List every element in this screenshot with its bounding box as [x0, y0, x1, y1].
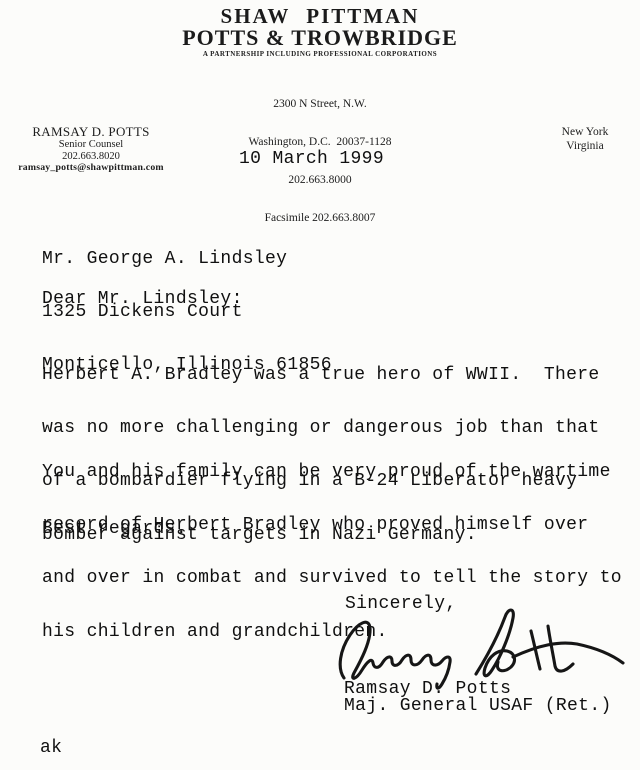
paragraph-line: and over in combat and survived to tell … — [42, 570, 622, 588]
typist-initials: ak — [40, 740, 62, 758]
firm-name-line2: POTTS & TROWBRIDGE — [0, 25, 640, 51]
address-street: 2300 N Street, N.W. — [0, 98, 640, 111]
letter-page: SHAW PITTMAN POTTS & TROWBRIDGE A PARTNE… — [0, 0, 640, 770]
letter-date: 10 March 1999 — [239, 151, 384, 169]
pre-closing: Best regards. — [42, 521, 187, 539]
sender-title: Senior Counsel — [0, 139, 182, 151]
sender-name: RAMSAY D. POTTS — [0, 125, 182, 139]
salutation: Dear Mr. Lindsley: — [42, 291, 243, 309]
paragraph-line: Herbert A. Bradley was a true hero of WW… — [42, 367, 600, 385]
address-phone: 202.663.8000 — [0, 174, 640, 187]
firm-tagline: A PARTNERSHIP INCLUDING PROFESSIONAL COR… — [0, 50, 640, 58]
paragraph-line: You and his family can be very proud of … — [42, 464, 622, 482]
signer-typed-title: Maj. General USAF (Ret.) — [344, 698, 612, 716]
other-offices: New York Virginia — [534, 126, 636, 153]
office-new-york: New York — [534, 126, 636, 140]
sender-phone: 202.663.8020 — [0, 151, 182, 162]
sender-email: ramsay_potts@shawpittman.com — [0, 162, 182, 173]
sender-contact-block: RAMSAY D. POTTS Senior Counsel 202.663.8… — [0, 125, 182, 173]
office-virginia: Virginia — [534, 140, 636, 154]
recipient-name: Mr. George A. Lindsley — [42, 251, 332, 269]
